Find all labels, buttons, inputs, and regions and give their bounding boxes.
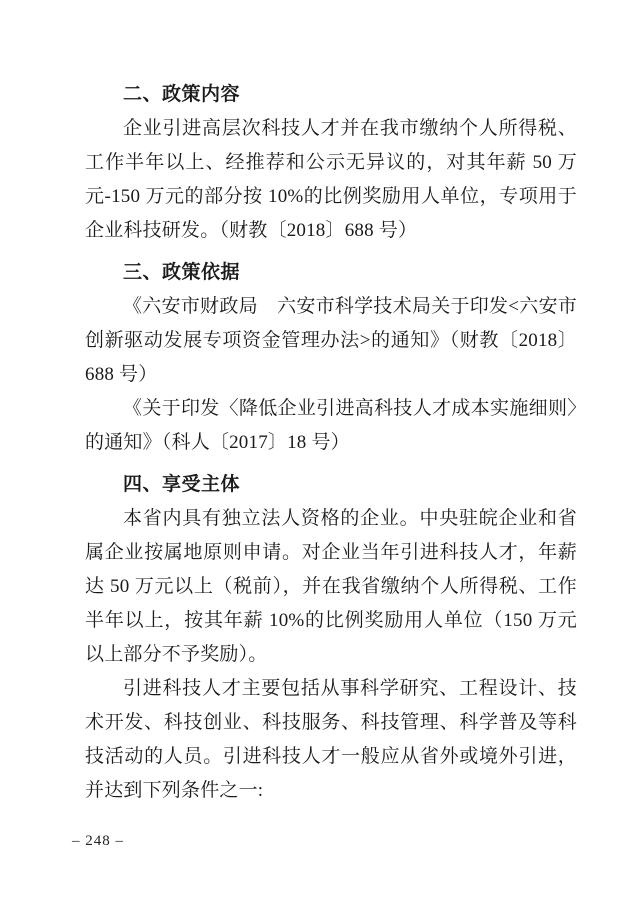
- section-heading-policy-basis: 三、政策依据: [85, 256, 577, 290]
- section-beneficiaries: 四、享受主体 本省内具有独立法人资格的企业。中央驻皖企业和省属企业按属地原则申请…: [85, 468, 577, 808]
- section-heading-beneficiaries: 四、享受主体: [85, 468, 577, 502]
- document-page: 二、政策内容 企业引进高层次科技人才并在我市缴纳个人所得税、工作半年以上、经推荐…: [0, 0, 642, 907]
- paragraph-policy-basis-2: 《关于印发〈降低企业引进高科技人才成本实施细则〉的通知》（科人〔2017〕18 …: [85, 392, 577, 460]
- paragraph-beneficiaries-2: 引进科技人才主要包括从事科学研究、工程设计、技术开发、科技创业、科技服务、科技管…: [85, 672, 577, 808]
- section-policy-basis: 三、政策依据 《六安市财政局 六安市科学技术局关于印发<六安市创新驱动发展专项资…: [85, 256, 577, 460]
- paragraph-beneficiaries-1: 本省内具有独立法人资格的企业。中央驻皖企业和省属企业按属地原则申请。对企业当年引…: [85, 502, 577, 672]
- section-policy-content: 二、政策内容 企业引进高层次科技人才并在我市缴纳个人所得税、工作半年以上、经推荐…: [85, 78, 577, 248]
- paragraph-policy-content: 企业引进高层次科技人才并在我市缴纳个人所得税、工作半年以上、经推荐和公示无异议的…: [85, 112, 577, 248]
- page-number: – 248 –: [72, 833, 124, 850]
- paragraph-policy-basis-1: 《六安市财政局 六安市科学技术局关于印发<六安市创新驱动发展专项资金管理办法>的…: [85, 290, 577, 392]
- section-heading-policy-content: 二、政策内容: [85, 78, 577, 112]
